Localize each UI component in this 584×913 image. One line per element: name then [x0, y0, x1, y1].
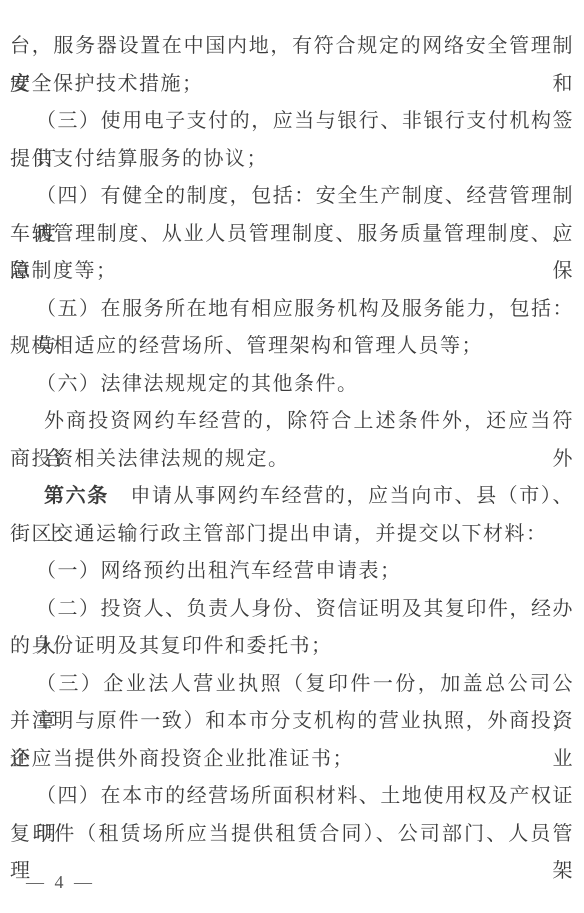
- text-run: 的身份证明及其复印件和委托书；: [10, 635, 333, 657]
- text-line: 车辆管理制度、从业人员管理制度、服务质量管理制度、应急保: [10, 216, 574, 254]
- text-run: （六）法律法规规定的其他条件。: [36, 373, 359, 395]
- text-line: 第六条 申请从事网约车经营的，应当向市、县（市）、上: [10, 478, 574, 516]
- text-run: 还应当提供外商投资企业批准证书；: [10, 748, 354, 770]
- text-line: 并注明与原件一致）和本市分支机构的营业执照，外商投资企业: [10, 703, 574, 741]
- text-line: 外商投资网约车经营的，除符合上述条件外，还应当符合外: [10, 403, 574, 441]
- text-line: （一）网络预约出租汽车经营申请表；: [10, 553, 574, 591]
- text-run: 提供支付结算服务的协议；: [10, 148, 268, 170]
- text-line: 提供支付结算服务的协议；: [10, 141, 574, 179]
- text-line: 街区交通运输行政主管部门提出申请，并提交以下材料：: [10, 516, 574, 554]
- text-line: 台，服务器设置在中国内地，有符合规定的网络安全管理制度和: [10, 28, 574, 66]
- page-number: — 4 —: [26, 872, 95, 893]
- text-run: 商投资相关法律法规的规定。: [10, 448, 290, 470]
- text-line: 规模相适应的经营场所、管理架构和管理人员等；: [10, 328, 574, 366]
- text-line: （六）法律法规规定的其他条件。: [10, 366, 574, 404]
- text-line: （二）投资人、负责人身份、资信证明及其复印件，经办人: [10, 591, 574, 629]
- text-line: 的身份证明及其复印件和委托书；: [10, 628, 574, 666]
- text-line: （三）企业法人营业执照（复印件一份，加盖总公司公章，: [10, 666, 574, 704]
- text-run: 规模相适应的经营场所、管理架构和管理人员等；: [10, 335, 483, 357]
- text-run: 街区交通运输行政主管部门提出申请，并提交以下材料：: [10, 523, 548, 545]
- text-run: 安全保护技术措施；: [10, 73, 204, 95]
- text-line: （五）在服务所在地有相应服务机构及服务能力，包括：与: [10, 291, 574, 329]
- text-run: （一）网络预约出租汽车经营申请表；: [36, 560, 402, 582]
- text-line: （四）在本市的经营场所面积材料、土地使用权及产权证明: [10, 778, 574, 816]
- text-run: 障制度等；: [10, 260, 118, 282]
- document-page: 台，服务器设置在中国内地，有符合规定的网络安全管理制度和安全保护技术措施；（三）…: [0, 0, 584, 913]
- article-number-bold-run: 第六条: [44, 485, 109, 507]
- text-line: 复印件（租赁场所应当提供租赁合同）、公司部门、人员管理架: [10, 816, 574, 854]
- text-line: （四）有健全的制度，包括：安全生产制度、经营管理制度、: [10, 178, 574, 216]
- document-body-text: 台，服务器设置在中国内地，有符合规定的网络安全管理制度和安全保护技术措施；（三）…: [10, 28, 574, 853]
- text-line: （三）使用电子支付的，应当与银行、非银行支付机构签订: [10, 103, 574, 141]
